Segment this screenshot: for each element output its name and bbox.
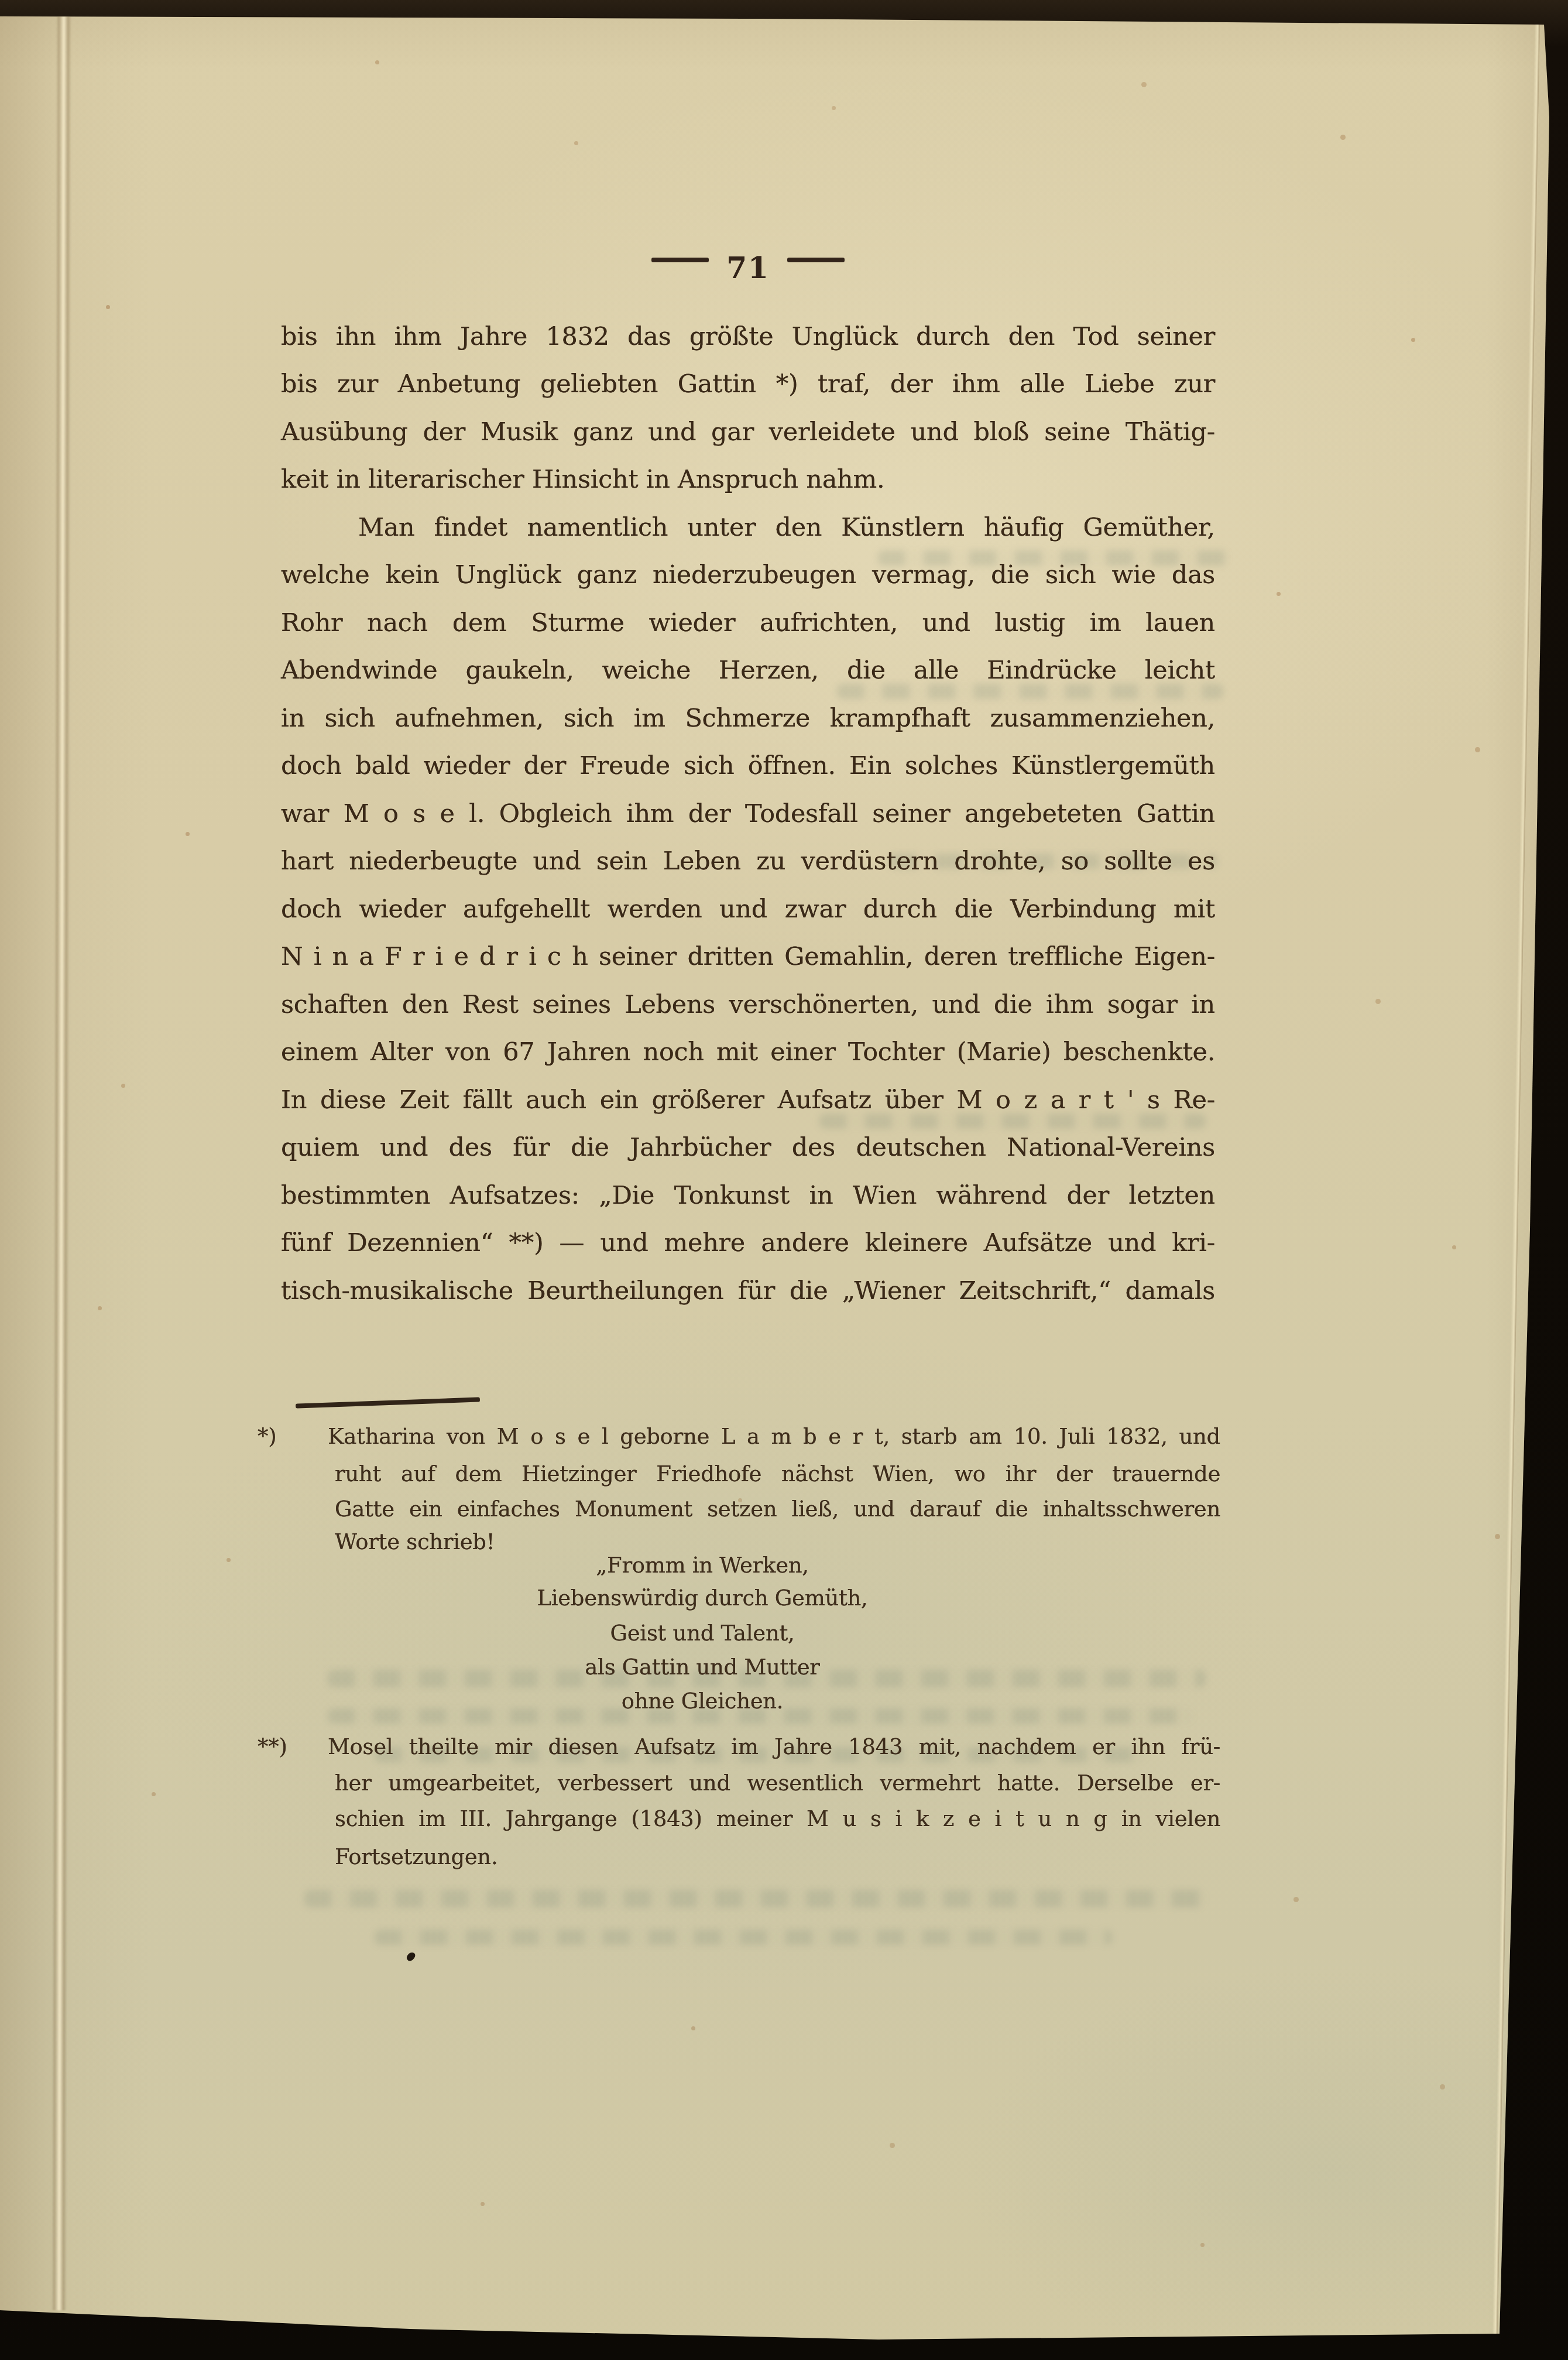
footnote-line: schien im III. Jahrgange (1843) meiner M… bbox=[335, 1804, 1220, 1834]
epitaph-line: als Gattin und Mutter bbox=[335, 1655, 1070, 1680]
showthrough-ghost bbox=[375, 1930, 1112, 1945]
footnote-text: Katharina von M o s e l geborne L a m b … bbox=[328, 1424, 1220, 1449]
body-line: Abendwinde gaukeln, weiche Herzen, die a… bbox=[281, 653, 1215, 688]
epitaph-line: „Fromm in Werken, bbox=[335, 1553, 1070, 1578]
footnote-line: her umgearbeitet, verbessert und wesentl… bbox=[335, 1768, 1220, 1799]
body-line: quiem und des für die Jahrbücher des deu… bbox=[281, 1130, 1215, 1165]
body-line: Man findet namentlich unter den Künstler… bbox=[281, 510, 1215, 545]
body-line: bestimmten Aufsatzes: „Die Tonkunst in W… bbox=[281, 1178, 1215, 1213]
epitaph-line: Geist und Talent, bbox=[335, 1621, 1070, 1646]
body-line: schaften den Rest seines Lebens verschön… bbox=[281, 987, 1215, 1022]
footnote-marker: *) bbox=[258, 1422, 328, 1452]
header-rule-right bbox=[787, 258, 845, 262]
scanned-book-page: 71 bis ihn ihm Jahre 1832 das größte Ung… bbox=[0, 0, 1568, 2360]
body-line: welche kein Unglück ganz niederzubeugen … bbox=[281, 557, 1215, 592]
paper-sheet: 71 bis ihn ihm Jahre 1832 das größte Ung… bbox=[0, 0, 1568, 2360]
footnote-text: Mosel theilte mir diesen Aufsatz im Jahr… bbox=[328, 1734, 1220, 1759]
footnote-line: Gatte ein einfaches Monument setzen ließ… bbox=[335, 1494, 1220, 1525]
body-line: doch wieder aufgehellt werden und zwar d… bbox=[281, 892, 1215, 927]
foxing-speckles bbox=[0, 0, 3, 3]
body-line: doch bald wieder der Freude sich öffnen.… bbox=[281, 748, 1215, 783]
footnote-line: ruht auf dem Hietzinger Friedhofe nächst… bbox=[335, 1459, 1220, 1489]
footnote-line: Fortsetzungen. bbox=[335, 1842, 1220, 1872]
ink-speck bbox=[405, 1951, 416, 1962]
body-line: bis zur Anbetung geliebten Gattin *) tra… bbox=[281, 366, 1215, 402]
body-line: bis ihn ihm Jahre 1832 das größte Unglüc… bbox=[281, 319, 1215, 354]
page-header: 71 bbox=[281, 251, 1215, 285]
header-rule-left bbox=[651, 258, 709, 262]
binding-crease bbox=[52, 16, 71, 2310]
body-line: Rohr nach dem Sturme wieder aufrichten, … bbox=[281, 605, 1215, 640]
footnote-line: **)Mosel theilte mir diesen Aufsatz im J… bbox=[258, 1732, 1220, 1762]
footnote-separator-rule bbox=[296, 1397, 480, 1409]
footnote-marker: **) bbox=[258, 1732, 328, 1762]
body-line: In diese Zeit fällt auch ein größerer Au… bbox=[281, 1083, 1215, 1118]
page-number: 71 bbox=[726, 251, 770, 285]
page-fore-edge bbox=[1492, 23, 1540, 2336]
body-line: tisch-musikalische Beurtheilungen für di… bbox=[281, 1273, 1215, 1309]
body-line: fünf Dezennien“ **) — und mehre andere k… bbox=[281, 1225, 1215, 1261]
body-line: Ausübung der Musik ganz und gar verleide… bbox=[281, 415, 1215, 450]
body-line: in sich aufnehmen, sich im Schmerze kram… bbox=[281, 701, 1215, 736]
body-line: hart niederbeugte und sein Leben zu verd… bbox=[281, 844, 1215, 879]
body-line: keit in literarischer Hinsicht in Anspru… bbox=[281, 462, 1215, 497]
epitaph-line: ohne Gleichen. bbox=[335, 1688, 1070, 1714]
showthrough-ghost bbox=[304, 1890, 1206, 1907]
epitaph-line: Liebenswürdig durch Gemüth, bbox=[335, 1585, 1070, 1611]
body-line: war M o s e l. Obgleich ihm der Todesfal… bbox=[281, 796, 1215, 831]
body-line: N i n a F r i e d r i c h seiner dritten… bbox=[281, 939, 1215, 974]
body-line: einem Alter von 67 Jahren noch mit einer… bbox=[281, 1035, 1215, 1070]
footnote-line: *)Katharina von M o s e l geborne L a m … bbox=[258, 1422, 1220, 1452]
